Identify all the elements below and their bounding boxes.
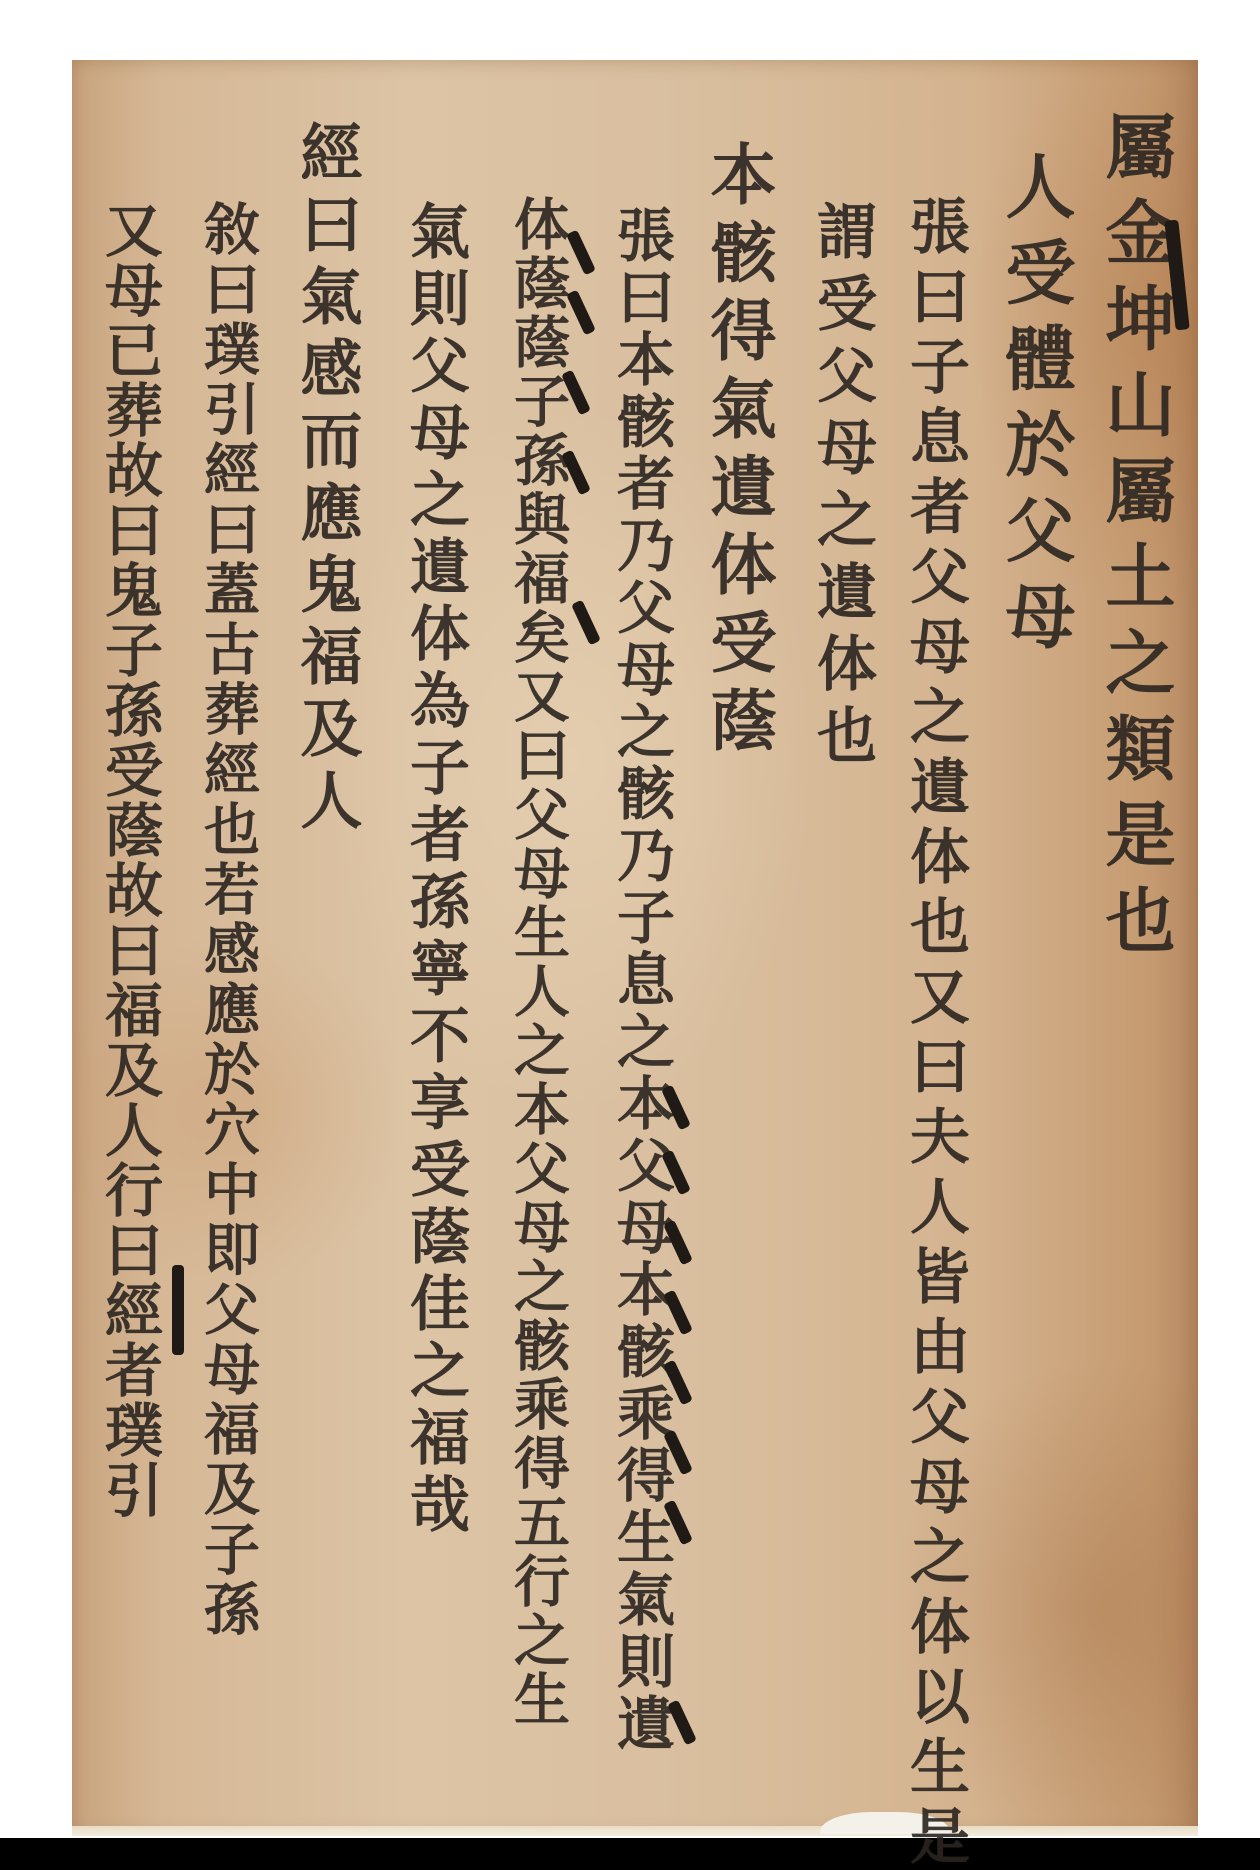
text-column-8: 氣則父母之遺体為子者孫寧不享受蔭佳之福哉 xyxy=(405,200,465,1540)
text-column-7: 体蔭蔭子孫與福矣又曰父母生人之本父母之骸乘得五行之生 xyxy=(510,195,566,1729)
text-column-4: 謂受父母之遺体也 xyxy=(812,200,872,776)
ink-mark xyxy=(172,1265,184,1355)
text-column-11: 又母已葬故曰鬼子孫受蔭故曰福及人行曰經者璞引 xyxy=(100,200,158,1520)
text-column-2: 人受體於父母 xyxy=(1000,150,1070,666)
text-column-6: 張曰本骸者乃父母之骸乃子息之本父母本骸乘得生氣則遺 xyxy=(612,205,670,1755)
bottom-black-bar xyxy=(0,1838,1260,1870)
text-column-1: 屬金坤山屬土之類是也 xyxy=(1100,110,1170,970)
text-column-10: 敘曰璞引經曰蓋古葬經也若感應於穴中即父母福及子孫 xyxy=(200,200,256,1640)
text-column-3: 張曰子息者父母之遺体也又曰夫人皆由父母之体以生是 xyxy=(905,195,965,1870)
text-column-5: 本骸得氣遺体受蔭 xyxy=(705,140,771,764)
text-column-9: 經曰氣感而應鬼福及人 xyxy=(295,120,357,840)
page-bottom-edge xyxy=(72,1826,1198,1836)
